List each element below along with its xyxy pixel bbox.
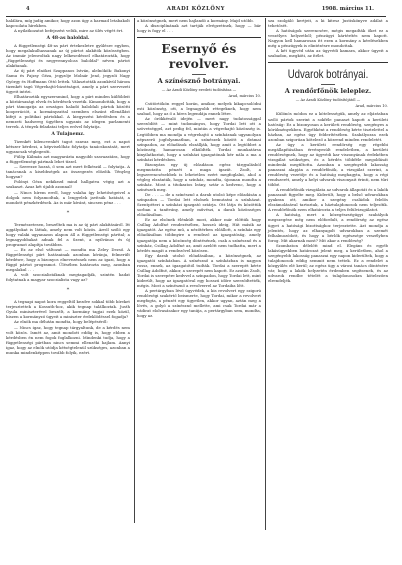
paragraph: Természetesen, beszéltek ma is az új pár… <box>6 222 130 247</box>
masthead: 4 ARADI KÖZLÖNY 1908. március 11. <box>6 4 386 17</box>
section-heading: A Tulajnemz. <box>6 132 130 137</box>
paragraph: De . . . — de a színésznő a darab utolsó… <box>137 192 261 217</box>
article-divider <box>268 62 388 63</box>
paragraph: — Nincs hírem erről, hogy valaha így leh… <box>6 190 130 205</box>
paragraph: Az ügy a kerületi rendőrség egy régebbi … <box>268 142 388 187</box>
paragraph: Polónyi Géza nekikezd mind hallgatva vég… <box>6 179 130 189</box>
issue-date: 1908. március 11. <box>322 6 374 12</box>
article-subheadline: A rendőrfőnök leleplez. <box>268 87 388 96</box>
column-divider <box>265 18 266 530</box>
section-separator: * <box>6 288 130 293</box>
paragraph: Az örökkévaló idején — mert nagy tudatos… <box>137 116 261 161</box>
paragraph: Egy darab utolsó előadásában, a közönség… <box>137 253 261 288</box>
short-rule <box>321 84 335 85</box>
paragraph: Tizenkét kilencvenkét tagot szavaz meg, … <box>6 139 130 154</box>
paragraph: A volt szoczialistáknak megtagadják, szi… <box>6 272 130 282</box>
section-heading: A 48-as baloldal. <box>6 36 130 41</box>
column-divider <box>134 18 135 523</box>
paragraph: A két ügyvéd után az ügyvédi kamara, akk… <box>268 48 388 58</box>
paragraph: A hatóság, mert a közegészségügyi szabál… <box>268 212 388 242</box>
article-dateline: Arad, március 10. <box>137 94 261 99</box>
paragraph: A hatóságok szerencsére, mégis megadták … <box>268 28 388 48</box>
paragraph: Csütörtökön reggel korán, amikor, melyek… <box>137 101 261 116</box>
short-rule <box>192 74 206 75</box>
paragraph: Szombaton délelőtt mind el. Elegáns és e… <box>268 243 388 283</box>
article-byline: — Az Aradi Közlöny tudósítójától — <box>268 98 388 103</box>
paragraph: A nyilatkozatot befejezést velük, mire a… <box>6 28 130 33</box>
paragraph: Elhatározták egyszersmind, hogy a párt m… <box>6 94 130 129</box>
article-subheadline: A színésznő botrányai. <box>137 77 261 86</box>
paragraph: — Nincs igaz, hogy tegnap tárgyaltunk, d… <box>6 325 130 355</box>
newspaper-page: 4 ARADI KÖZLÖNY 1908. március 11. halálá… <box>6 4 386 524</box>
paragraph: halálára, míg judig amikor, hogy azon úg… <box>6 18 130 28</box>
section-separator: * <box>6 211 130 216</box>
column-2: a közönségnek, mert nem hajlandó a kormá… <box>137 18 261 318</box>
paragraph: A rendőrfőnök vizsgálata az udvarok álla… <box>268 187 388 212</box>
article-divider <box>137 37 261 38</box>
article-byline: — Az Aradi Közlöny eredeti tudósítása — <box>137 88 261 93</box>
paragraph: Bizonyára egy új előadáson egész tárgyal… <box>137 162 261 192</box>
column-3: sza szolgáló kertjeit, a ki kitesz Justi… <box>268 18 388 283</box>
article-headline: Udvarok botrányai. <box>280 67 376 82</box>
article-dateline: Arad, március 10. <box>268 104 388 109</box>
paragraph: A függetlenségi 48-as párt értekezletre … <box>6 43 130 68</box>
article-headline: Esernyő és revolver. <box>137 42 261 72</box>
paragraph: sza szolgáló kertjeit, a ki kitesz Justi… <box>268 18 388 28</box>
paragraph: Az új párt elnökei Szappanos István, ale… <box>6 68 130 93</box>
paragraph: Ez az elsőnek élénkült most, akkor már e… <box>137 217 261 252</box>
paragraph: — Ez az első változat — mondta ma Zeley … <box>6 247 130 272</box>
column-1: halálára, míg judig amikor, hogy azon úg… <box>6 18 130 355</box>
paragraph: Különös módon ez a kötelességük, amely a… <box>268 111 388 141</box>
paragraph: A tegnapi napot kora reggeltől kezdve so… <box>6 299 130 319</box>
paragraph: A diszciplínának azt tartják elvégzettne… <box>137 23 261 33</box>
paragraph: — Szerezze hozzá, ő sem azt mert felkész… <box>6 164 130 179</box>
paragraph: Fülöp Kálmán azt magyarázta nagyobb szav… <box>6 154 130 164</box>
paragraph: A pertárgyban lévő ügyvédek, a kis revol… <box>137 288 261 318</box>
